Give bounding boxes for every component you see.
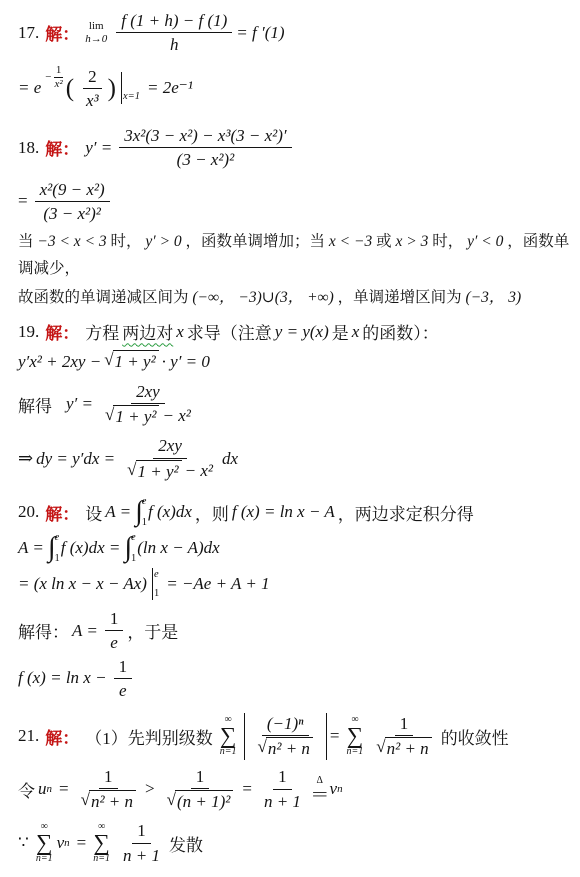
u-subscript: n: [47, 783, 53, 795]
text-seg: 的收敛性: [441, 724, 509, 749]
p17-line2: = e − 1 x² ( 2 x³ ) x=1 = 2e⁻¹: [18, 66, 574, 112]
p20-line3: = (x ln x − x − Ax) e 1 = −Ae + A + 1: [18, 568, 574, 600]
denominator: x²: [53, 78, 65, 91]
text-seg: ，函数单调增加；当: [186, 233, 326, 250]
v-subscript: n: [64, 837, 70, 849]
vertical-bar: [121, 72, 122, 104]
p21-comparison-line: 令 u n = 1 √ n² + n > 1 √ (n + 1)² =: [18, 766, 574, 813]
implies-icon: ⇒: [18, 448, 33, 469]
series-sum: ∞ ∑ n=1: [347, 715, 364, 757]
math-seg: x: [352, 322, 360, 342]
denominator: √ (n + 1)²: [162, 789, 239, 812]
denominator: √ n² + n: [76, 789, 141, 812]
lower-limit: 1: [131, 553, 136, 564]
integrand: f (x)dx: [148, 502, 192, 522]
series-sum: ∞ ∑ n=1: [93, 822, 110, 864]
sum-lower-limit: n=1: [220, 747, 237, 757]
text-seg: 时，: [432, 233, 463, 250]
radical: √ n² + n: [376, 737, 431, 759]
left-paren: (: [66, 76, 74, 101]
y-prime-fraction: 2xy √ 1 + y² − x²: [100, 381, 196, 428]
p18-monotonicity-line1: 当 −3 < x < 3 时， y′ > 0 ，函数单调增加；当 x < −3 …: [18, 228, 574, 282]
a-equals: A =: [18, 538, 44, 558]
difference-quotient-fraction: f (1 + h) − f (1) h: [116, 10, 232, 56]
u-variable: u: [38, 779, 47, 799]
equals-e: = e: [18, 78, 41, 98]
f-result: f (x) = ln x −: [18, 668, 107, 688]
v-variable: v: [57, 833, 65, 853]
evaluation-bar: x=1: [121, 72, 140, 104]
sum-lower-limit: n=1: [36, 854, 53, 864]
y-prime-equals: y′ =: [85, 138, 112, 158]
y-prime-equals: y′ =: [66, 394, 93, 414]
solution-label: 解：: [45, 20, 79, 45]
denominator-rest: − x²: [185, 460, 213, 481]
equals-sign: =: [59, 779, 69, 799]
definite-integral: ∫ e 1: [135, 496, 147, 528]
question-number: 21.: [18, 726, 39, 746]
equals-sign: =: [77, 833, 87, 853]
radical: √ 1 + y²: [105, 405, 159, 427]
text-seg: 方程: [85, 319, 119, 344]
two-over-x-cubed-fraction: 2 x³: [81, 66, 104, 112]
p19-solve-line: 解得 y′ = 2xy √ 1 + y² − x²: [18, 381, 574, 428]
radicand: 1 + y²: [113, 405, 159, 427]
simplified-fraction: x²(9 − x²) (3 − x²)²: [35, 179, 110, 225]
solution-label: 解：: [45, 724, 79, 749]
derivative-fraction: 3x²(3 − x²) − x³(3 − x²)′ (3 − x²)²: [119, 125, 291, 171]
result: = 2e⁻¹: [147, 78, 193, 98]
text-seg: 设: [85, 500, 102, 525]
text-seg-spellcheck: 两边对: [122, 319, 173, 344]
numerator: 2xy: [131, 381, 165, 404]
denominator: e: [105, 631, 123, 653]
lower-limit: 1: [54, 553, 59, 564]
let-word: 令: [18, 777, 35, 802]
p19-differential-line: ⇒ dy = y′dx = 2xy √ 1 + y² − x² dx: [18, 435, 574, 482]
numerator: 1: [395, 713, 414, 736]
question-number: 20.: [18, 502, 39, 522]
solve-word: 解得: [18, 392, 52, 417]
lim-subscript: h→0: [85, 33, 107, 46]
text-seg: 时，: [111, 233, 142, 250]
radical: √ n² + n: [81, 790, 136, 812]
math-seg: (−∞， −3)∪(3， +∞): [192, 289, 333, 306]
math-seg: x: [176, 322, 184, 342]
solve-word: 解得：: [18, 618, 69, 643]
numerator: f (1 + h) − f (1): [116, 10, 232, 33]
radical: √ 1 + y²: [127, 460, 181, 482]
defined-as-symbol: Δ =: [315, 776, 325, 803]
p20-line2: A = ∫ e 1 f (x)dx = ∫ e 1 (ln x − A)dx: [18, 532, 574, 564]
text-seg: ，单调递增区间为: [338, 289, 462, 306]
radicand: 1 + y²: [136, 460, 182, 482]
denominator: n + 1: [118, 844, 165, 866]
definite-integral: ∫ e 1: [48, 532, 60, 564]
math-seg: y = y(x): [275, 322, 329, 342]
radical: √ 1 + y²: [104, 350, 158, 372]
solution-label: 解：: [45, 319, 79, 344]
lower-limit: 1: [142, 517, 147, 528]
numerator: 1: [54, 64, 64, 78]
evaluation-bar: e 1: [152, 568, 159, 600]
definite-integral: ∫ e 1: [124, 532, 136, 564]
limit-notation: lim h→0: [85, 20, 107, 45]
math-seg: −3 < x < 3: [37, 233, 106, 250]
radicand: n² + n: [266, 737, 313, 759]
radical: √ (n + 1)²: [167, 790, 234, 812]
numerator: 1: [105, 608, 124, 631]
integrand: (ln x − A)dx: [137, 538, 219, 558]
u-n-fraction: 1 √ n² + n: [76, 766, 141, 813]
upper-limit: e: [142, 496, 147, 507]
p21-line1: 21. 解： （1）先判别级数 ∞ ∑ n=1 (−1)ⁿ √ n² + n =…: [18, 713, 574, 760]
numerator: 1: [114, 656, 133, 679]
radical: √ n² + n: [258, 737, 313, 759]
text-seg: 求导（注意: [187, 319, 272, 344]
exponent-minus: −: [45, 71, 51, 83]
harmonic-fraction: 1 n + 1: [118, 820, 165, 866]
upper-limit: e: [54, 532, 59, 543]
math-seg: y′ > 0: [145, 233, 181, 250]
equals-f-prime: = f ′(1): [236, 23, 284, 43]
denominator: x³: [81, 89, 104, 111]
denominator: n + 1: [259, 790, 306, 812]
radicand: 1 + y²: [113, 350, 159, 372]
absolute-value: (−1)ⁿ √ n² + n: [244, 713, 327, 760]
text-seg: 是: [332, 319, 349, 344]
equals-sign: =: [18, 191, 28, 211]
document-page: 17. 解： lim h→0 f (1 + h) − f (1) h = f ′…: [0, 0, 580, 877]
p19-line1: 19. 解： 方程 两边对 x 求导（注意 y = y(x) 是 x 的函数）：: [18, 319, 574, 344]
series-sum: ∞ ∑ n=1: [36, 822, 53, 864]
equals-sign: =: [330, 726, 340, 746]
a-equals: A =: [105, 502, 131, 522]
numerator: (−1)ⁿ: [262, 713, 309, 736]
numerator: 1: [99, 766, 118, 789]
denominator: (3 − x²)²: [38, 202, 106, 224]
radicand: n² + n: [385, 737, 432, 759]
p18-monotonicity-line2: 故函数的单调递减区间为 (−∞， −3)∪(3， +∞) ，单调递增区间为 (−…: [18, 284, 574, 311]
result: = −Ae + A + 1: [166, 574, 269, 594]
math-seg: (−3， 3): [466, 289, 522, 306]
upper-limit: e: [131, 532, 136, 543]
denominator: √ 1 + y² − x²: [100, 404, 196, 427]
f-definition: f (x) = ln x − A: [232, 502, 335, 522]
exponent: − 1 x²: [45, 64, 65, 90]
numerator: 1: [191, 766, 210, 789]
because-icon: ∵: [18, 833, 29, 853]
text-seg: ，则: [195, 500, 229, 525]
denominator: e: [114, 679, 132, 701]
evaluation-subscript: x=1: [123, 91, 140, 102]
numerator: 2xy: [153, 435, 187, 458]
evaluation-limits: e 1: [154, 569, 159, 599]
integral-limits: e 1: [131, 532, 136, 564]
greater-than-sign: >: [145, 779, 155, 799]
radicand: (n + 1)²: [175, 790, 233, 812]
right-paren: ): [108, 76, 116, 101]
denominator: h: [165, 33, 184, 55]
v-subscript: n: [337, 783, 343, 795]
numerator: 2: [83, 66, 102, 89]
sigma-icon: ∑: [36, 832, 52, 854]
diverges-word: 发散: [169, 831, 203, 856]
series-sum: ∞ ∑ n=1: [220, 715, 237, 757]
numerator: x²(9 − x²): [35, 179, 110, 202]
math-seg: y′ < 0: [467, 233, 503, 250]
math-seg: x > 3: [396, 233, 429, 250]
p19-implicit-derivative-equation: y′x² + 2xy − √ 1 + y² · y′ = 0: [18, 350, 574, 372]
sum-lower-limit: n=1: [347, 747, 364, 757]
antiderivative: = (x ln x − x − Ax): [18, 574, 147, 594]
text-seg: 的函数）：: [362, 319, 439, 344]
denominator: √ 1 + y² − x²: [122, 459, 218, 482]
dy-fraction: 2xy √ 1 + y² − x²: [122, 435, 218, 482]
p21-divergence-line: ∵ ∞ ∑ n=1 v n = ∞ ∑ n=1 1 n + 1 发散: [18, 820, 574, 866]
sigma-icon: ∑: [93, 832, 109, 854]
p20-line5: f (x) = ln x − 1 e: [18, 656, 574, 702]
positive-term-fraction: 1 √ n² + n: [371, 713, 436, 760]
v-variable: v: [330, 779, 338, 799]
series-term-fraction: (−1)ⁿ √ n² + n: [253, 713, 318, 760]
numerator: 1: [132, 820, 151, 843]
equals-sign: =: [242, 779, 252, 799]
question-number: 18.: [18, 138, 39, 158]
solution-label: 解：: [45, 500, 79, 525]
text-seg: 故函数的单调递减区间为: [18, 289, 189, 306]
denominator: √ n² + n: [371, 736, 436, 759]
one-over-e-fraction: 1 e: [105, 608, 124, 654]
lim-word: lim: [89, 20, 104, 33]
text-seg: ，两边求定积分得: [338, 500, 474, 525]
integral-limits: e 1: [54, 532, 59, 564]
text-seg: 当: [18, 233, 34, 250]
comparison-fraction: 1 √ (n + 1)²: [162, 766, 239, 813]
integral-limits: e 1: [142, 496, 147, 528]
exponent-fraction: 1 x²: [53, 64, 65, 90]
math-seg: x < −3: [329, 233, 372, 250]
numerator: 1: [273, 766, 292, 789]
denominator: √ n² + n: [253, 736, 318, 759]
text-seg: （1）先判别级数: [85, 724, 213, 749]
denominator: (3 − x²)²: [172, 148, 240, 170]
lower-limit: 1: [154, 588, 159, 599]
dx-term: dx: [222, 449, 238, 469]
p18-line1: 18. 解： y′ = 3x²(3 − x²) − x³(3 − x²)′ (3…: [18, 125, 574, 171]
a-equals: A =: [72, 621, 98, 641]
sigma-icon: ∑: [220, 725, 236, 747]
upper-limit: e: [154, 569, 159, 580]
vertical-bar: [152, 568, 153, 600]
equation-right: · y′ = 0: [162, 352, 210, 372]
one-over-e-fraction: 1 e: [114, 656, 133, 702]
p20-line1: 20. 解： 设 A = ∫ e 1 f (x)dx ，则 f (x) = ln…: [18, 496, 574, 528]
text-seg: 或: [376, 233, 392, 250]
numerator: 3x²(3 − x²) − x³(3 − x²)′: [119, 125, 291, 148]
question-number: 17.: [18, 23, 39, 43]
p20-line4: 解得： A = 1 e ，于是: [18, 608, 574, 654]
v-n-fraction: 1 n + 1: [259, 766, 306, 812]
solution-label: 解：: [45, 135, 79, 160]
question-number: 19.: [18, 322, 39, 342]
text-seg: ，于是: [127, 618, 178, 643]
p18-line2: = x²(9 − x²) (3 − x²)²: [18, 179, 574, 225]
sum-lower-limit: n=1: [93, 854, 110, 864]
equation-left: y′x² + 2xy −: [18, 352, 101, 372]
dy-equals: dy = y′dx =: [36, 449, 115, 469]
equals-sign: =: [312, 786, 328, 803]
radicand: n² + n: [89, 790, 136, 812]
integrand: f (x)dx =: [61, 538, 121, 558]
denominator-rest: − x²: [162, 405, 190, 426]
p17-line1: 17. 解： lim h→0 f (1 + h) − f (1) h = f ′…: [18, 10, 574, 56]
sigma-icon: ∑: [347, 725, 363, 747]
